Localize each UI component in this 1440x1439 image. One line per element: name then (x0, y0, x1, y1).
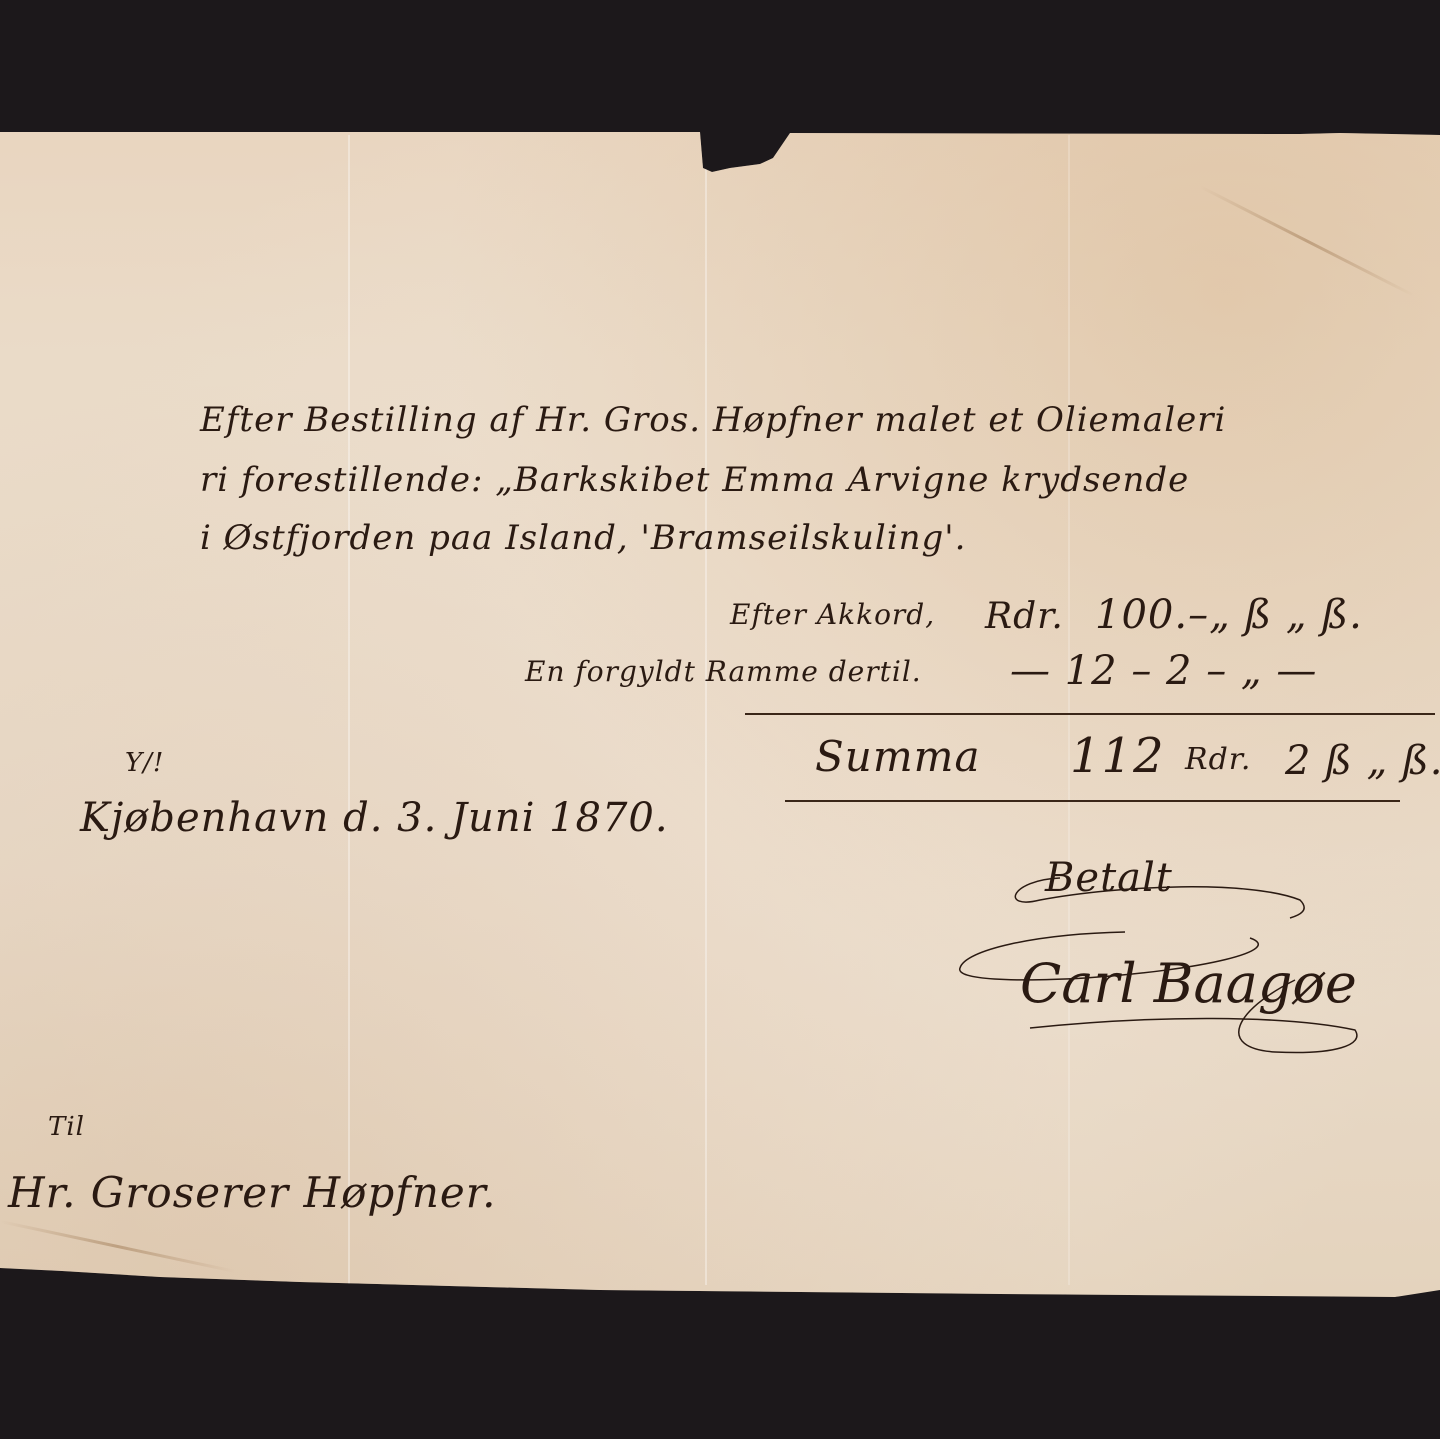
line-item-amount: — 12 – 2 – „ — (1010, 648, 1317, 694)
total-label: Summa (815, 732, 981, 781)
paper-crease (1199, 185, 1414, 297)
line-item-amount: 100.–„ ß „ ß. (1095, 592, 1363, 638)
total-rule (785, 800, 1400, 802)
body-line-1: Efter Bestilling af Hr. Gros. Høpfner ma… (200, 400, 1226, 440)
place-date: Kjøbenhavn d. 3. Juni 1870. (80, 795, 669, 841)
paper-crease (0, 1220, 235, 1273)
body-line-2: ri forestillende: „Barkskibet Emma Arvig… (200, 460, 1189, 500)
fold-line (348, 135, 350, 1285)
fold-line (1068, 135, 1070, 1285)
sum-rule (745, 713, 1435, 715)
total-amount: 112 (1070, 728, 1165, 784)
body-line-3: i Østfjorden paa Island, 'Bramseilskulin… (200, 518, 966, 558)
line-item-label: Efter Akkord, (730, 598, 935, 631)
line-item-label: En forgyldt Ramme dertil. (525, 655, 922, 688)
total-rest: 2 ß „ ß. (1285, 738, 1440, 784)
addressee-prefix: Til (48, 1112, 85, 1142)
total-currency: Rdr. (1185, 742, 1251, 777)
fold-line (705, 135, 707, 1285)
marginal-note: Y/! (125, 748, 164, 778)
addressee-name: Hr. Groserer Høpfner. (8, 1168, 497, 1217)
paper-sheet: Efter Bestilling af Hr. Gros. Høpfner ma… (0, 0, 1440, 1439)
paid-flourish-icon (1000, 860, 1320, 920)
line-item-currency: Rdr. (985, 596, 1064, 637)
signature-flourish-icon (955, 920, 1375, 1070)
